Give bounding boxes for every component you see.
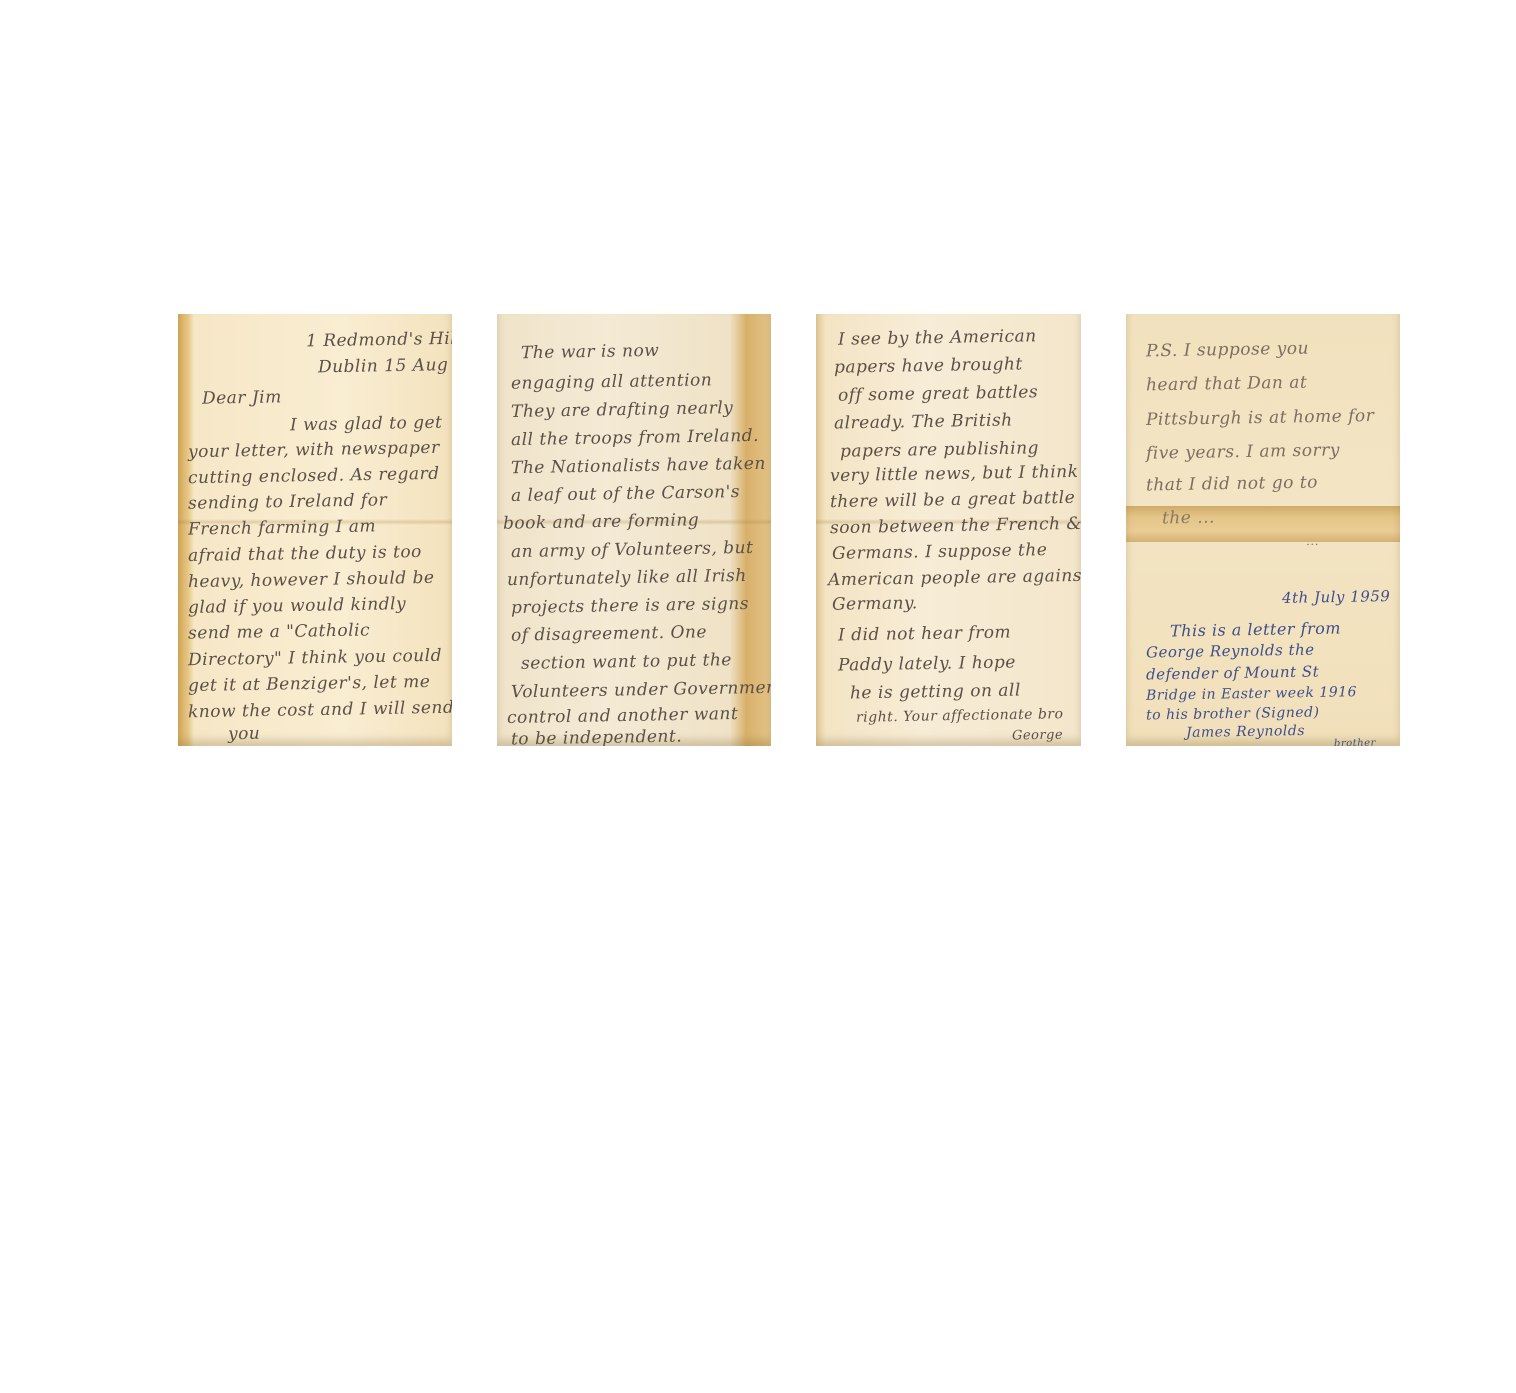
annotation-line: to his brother (Signed): [1146, 704, 1320, 723]
text-line: he is getting on all: [850, 681, 1021, 704]
address-line: 1 Redmond's Hill: [306, 329, 452, 352]
text-line: an army of Volunteers, but: [511, 538, 754, 562]
letter-page-3: I see by the American papers have brough…: [816, 314, 1081, 746]
text-line: American people are against: [828, 566, 1081, 591]
text-line: papers have brought: [834, 354, 1023, 377]
text-line: section want to put the: [521, 650, 732, 674]
text-line: there will be a great battle: [830, 488, 1076, 512]
text-line: Directory" I think you could: [188, 646, 442, 670]
text-line: soon between the French &: [830, 514, 1081, 538]
text-line: get it at Benziger's, let me: [188, 672, 431, 696]
annotation-line: defender of Mount St: [1146, 662, 1319, 683]
text-line: I was glad to get: [290, 413, 443, 436]
date-line: Dublin 15 Aug 14: [318, 355, 452, 378]
postscript-line: P.S. I suppose you: [1146, 339, 1309, 362]
text-line: papers are publishing: [840, 438, 1039, 461]
text-line: Paddy lately. I hope: [838, 652, 1016, 675]
text-line: afraid that the duty is too: [188, 542, 422, 566]
text-line: your letter, with newspaper: [188, 438, 440, 462]
text-line: know the cost and I will send: [188, 698, 452, 723]
signature: George: [1012, 728, 1063, 744]
annotation-line: George Reynolds the: [1146, 641, 1315, 662]
text-line: projects there is are signs: [511, 594, 749, 618]
text-line: engaging all attention: [511, 370, 713, 394]
letter-page-4: P.S. I suppose you heard that Dan at Pit…: [1126, 314, 1400, 746]
text-line: heavy, however I should be: [188, 568, 435, 592]
text-line: send me a "Catholic: [188, 620, 370, 643]
text-line: of disagreement. One: [511, 622, 707, 645]
text-line: control and another want: [507, 704, 739, 728]
postscript-line: Pittsburgh is at home for: [1146, 406, 1375, 430]
text-line: book and are forming: [503, 510, 700, 533]
letter-page-1: 1 Redmond's Hill Dublin 15 Aug 14 Dear J…: [178, 314, 452, 746]
annotation-signature: James Reynolds: [1186, 723, 1305, 741]
text-line: Germany.: [832, 593, 918, 614]
closing-line: right. Your affectionate bro: [856, 706, 1064, 726]
text-line: French farming I am: [188, 516, 376, 539]
text-line: The war is now: [521, 341, 660, 363]
letter-page-2: The war is now engaging all attention Th…: [497, 314, 771, 746]
text-line: off some great battles: [838, 382, 1038, 405]
postscript-line: five years. I am sorry: [1146, 440, 1340, 463]
postscript-line: the ...: [1162, 508, 1215, 529]
text-line: Volunteers under Government: [511, 678, 771, 703]
text-line: sending to Ireland for: [188, 490, 387, 513]
annotation-date: 4th July 1959: [1282, 587, 1391, 607]
text-line: Germans. I suppose the: [832, 540, 1048, 564]
text-line: a leaf out of the Carson's: [511, 482, 740, 506]
text-line: They are drafting nearly: [511, 398, 734, 422]
postscript-line: heard that Dan at: [1146, 373, 1308, 396]
annotation-line: Bridge in Easter week 1916: [1146, 684, 1357, 704]
annotation-line: brother: [1334, 738, 1376, 746]
text-line: already. The British: [834, 410, 1013, 433]
text-line: very little news, but I think: [830, 462, 1079, 486]
annotation-line: This is a letter from: [1170, 619, 1341, 641]
postscript-line: ...: [1306, 534, 1319, 548]
text-line: I see by the American: [838, 326, 1037, 349]
text-line: you: [228, 724, 261, 745]
text-line: I did not hear from: [838, 622, 1011, 645]
text-line: glad if you would kindly: [188, 594, 406, 618]
text-line: cutting enclosed. As regard: [188, 464, 440, 488]
text-line: The Nationalists have taken: [511, 454, 766, 478]
salutation: Dear Jim: [202, 387, 282, 408]
postscript-line: that I did not go to: [1146, 473, 1318, 496]
text-line: unfortunately like all Irish: [507, 566, 747, 590]
text-line: all the troops from Ireland.: [511, 426, 759, 450]
text-line: to be independent.: [511, 727, 682, 746]
